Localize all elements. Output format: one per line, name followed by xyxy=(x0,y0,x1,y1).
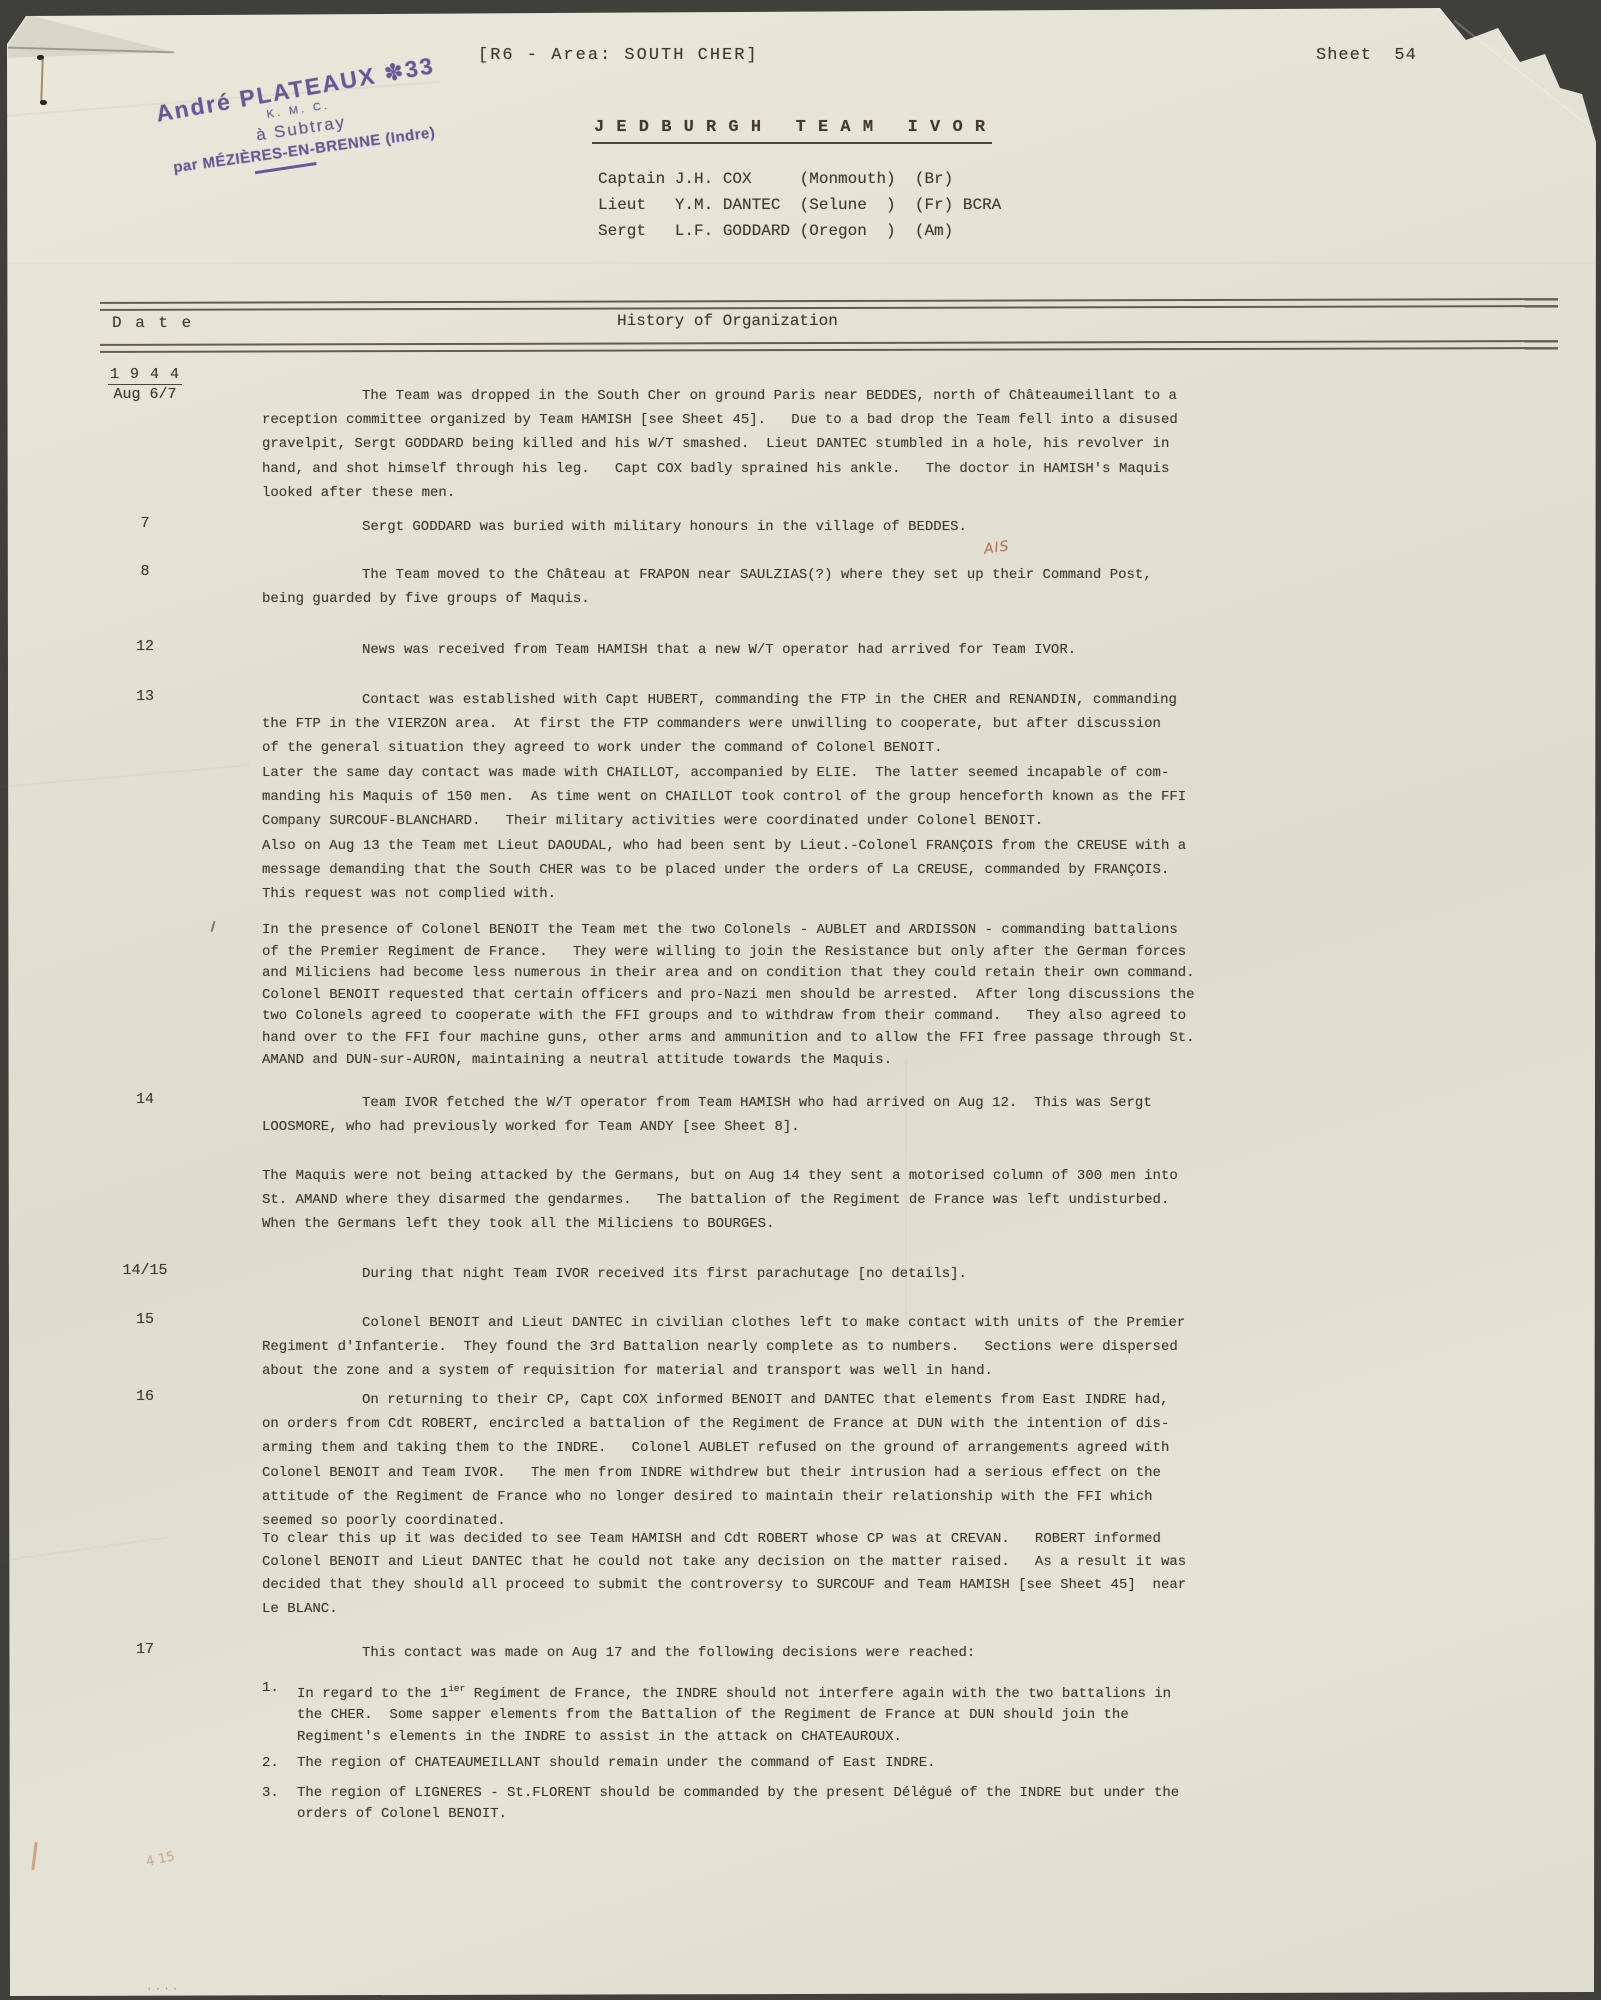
history-line: looked after these men. xyxy=(262,481,1217,505)
page-title: J E D B U R G H T E A M I V O R xyxy=(592,118,992,144)
table-rule-top xyxy=(100,298,1558,311)
history-paragraph: Team IVOR fetched the W/T operator from … xyxy=(262,1091,1217,1139)
history-line: The region of CHATEAUMEILLANT should rem… xyxy=(297,1753,1207,1774)
history-line: arming them and taking them to the INDRE… xyxy=(262,1436,1217,1460)
history-line: AMAND and DUN-sur-AURON, maintaining a n… xyxy=(262,1050,1217,1072)
list-text: The region of CHATEAUMEILLANT should rem… xyxy=(297,1753,1207,1774)
document-content: André PLATEAUX ✽33 K. M. C. à Subtray pa… xyxy=(0,0,1601,2000)
history-line: of the general situation they agreed to … xyxy=(262,736,1217,760)
history-line: orders of Colonel BENOIT. xyxy=(297,1804,1207,1825)
entry-date: 12 xyxy=(106,638,184,655)
entry-date: 8 xyxy=(106,563,184,580)
history-paragraph: Colonel BENOIT and Lieut DANTEC in civil… xyxy=(262,1311,1217,1384)
history-line: Sergt GODDARD was buried with military h… xyxy=(262,515,1217,539)
team-line: Sergt L.F. GODDARD (Oregon ) (Am) xyxy=(598,218,1001,244)
history-column-header: History of Organization xyxy=(617,312,838,330)
history-line: Le BLANC. xyxy=(262,1598,1217,1621)
date-column-header: D a t e xyxy=(112,314,193,332)
list-item: 2.The region of CHATEAUMEILLANT should r… xyxy=(262,1753,1207,1774)
history-line: The Team was dropped in the South Cher o… xyxy=(262,384,1217,408)
red-pencil-correction: AIS xyxy=(983,538,1011,557)
list-number: 3. xyxy=(262,1783,279,1804)
history-paragraph: Contact was established with Capt HUBERT… xyxy=(262,688,1217,761)
history-line: decided that they should all proceed to … xyxy=(262,1574,1217,1597)
area-tag: [R6 - Area: SOUTH CHER] xyxy=(478,46,759,65)
entry-year: 1 9 4 4 xyxy=(108,366,182,385)
history-line: On returning to their CP, Capt COX infor… xyxy=(262,1388,1217,1412)
history-line: message demanding that the South CHER wa… xyxy=(262,858,1217,882)
entry-date: 15 xyxy=(106,1311,184,1328)
history-line: St. AMAND where they disarmed the gendar… xyxy=(262,1188,1217,1212)
history-line: Colonel BENOIT and Lieut DANTEC that he … xyxy=(262,1551,1217,1574)
history-line: This contact was made on Aug 17 and the … xyxy=(262,1641,1217,1665)
history-line: During that night Team IVOR received its… xyxy=(262,1262,1217,1286)
history-line: Colonel BENOIT and Lieut DANTEC in civil… xyxy=(262,1311,1217,1335)
history-line: of the Premier Regiment de France. They … xyxy=(262,942,1217,964)
team-roster: Captain J.H. COX (Monmouth) (Br)Lieut Y.… xyxy=(598,166,1001,244)
history-paragraph: The Maquis were not being attacked by th… xyxy=(262,1164,1217,1237)
history-line: When the Germans left they took all the … xyxy=(262,1212,1217,1236)
history-paragraph: This contact was made on Aug 17 and the … xyxy=(262,1641,1217,1665)
team-line: Lieut Y.M. DANTEC (Selune ) (Fr) BCRA xyxy=(598,192,1001,218)
history-line: The region of LIGNERES - St.FLORENT shou… xyxy=(297,1783,1207,1804)
bottom-edge-specks: ···· xyxy=(146,1984,180,1996)
entry-date: 1 9 4 4Aug 6/7 xyxy=(106,366,184,403)
history-line: In the presence of Colonel BENOIT the Te… xyxy=(262,920,1217,942)
history-line: LOOSMORE, who had previously worked for … xyxy=(262,1115,1217,1139)
scanned-document-page: André PLATEAUX ✽33 K. M. C. à Subtray pa… xyxy=(0,0,1601,2000)
history-line: reception committee organized by Team HA… xyxy=(262,408,1217,432)
entry-date: 14 xyxy=(106,1091,184,1108)
margin-tick-mark xyxy=(211,921,216,932)
history-line: hand, and shot himself through his leg. … xyxy=(262,457,1217,481)
history-line: and Miliciens had become less numerous i… xyxy=(262,963,1217,985)
list-number: 2. xyxy=(262,1753,279,1774)
history-line: hand over to the FFI four machine guns, … xyxy=(262,1028,1217,1050)
history-line: Contact was established with Capt HUBERT… xyxy=(262,688,1217,712)
history-paragraph: The Team was dropped in the South Cher o… xyxy=(262,384,1217,505)
list-item: 1.In regard to the 1ier Regiment de Fran… xyxy=(262,1678,1207,1748)
history-line: Regiment's elements in the INDRE to assi… xyxy=(297,1727,1207,1748)
margin-scribble: 4 15 xyxy=(145,1849,176,1870)
history-line: Later the same day contact was made with… xyxy=(262,761,1217,785)
history-line: the CHER. Some sapper elements from the … xyxy=(297,1705,1207,1726)
history-line: being guarded by five groups of Maquis. xyxy=(262,587,1217,611)
history-line: on orders from Cdt ROBERT, encircled a b… xyxy=(262,1412,1217,1436)
history-paragraph: Also on Aug 13 the Team met Lieut DAOUDA… xyxy=(262,834,1217,907)
list-item: 3.The region of LIGNERES - St.FLORENT sh… xyxy=(262,1783,1207,1826)
history-paragraph: News was received from Team HAMISH that … xyxy=(262,638,1217,662)
sheet-number: Sheet 54 xyxy=(1316,46,1417,65)
list-number: 1. xyxy=(262,1678,279,1699)
history-line: This request was not complied with. xyxy=(262,882,1217,906)
entry-date: 7 xyxy=(106,515,184,532)
history-line: Colonel BENOIT requested that certain of… xyxy=(262,985,1217,1007)
history-line: Regiment d'Infanterie. They found the 3r… xyxy=(262,1335,1217,1359)
team-line: Captain J.H. COX (Monmouth) (Br) xyxy=(598,166,1001,192)
orange-edge-mark xyxy=(31,1842,37,1870)
history-line: two Colonels agreed to cooperate with th… xyxy=(262,1006,1217,1028)
entry-date: 14/15 xyxy=(106,1262,184,1279)
history-line: Company SURCOUF-BLANCHARD. Their militar… xyxy=(262,809,1217,833)
history-paragraph: During that night Team IVOR received its… xyxy=(262,1262,1217,1286)
history-line: manding his Maquis of 150 men. As time w… xyxy=(262,785,1217,809)
history-paragraph: In the presence of Colonel BENOIT the Te… xyxy=(262,920,1217,1071)
ownership-stamp: André PLATEAUX ✽33 K. M. C. à Subtray pa… xyxy=(115,50,484,193)
entry-date: 17 xyxy=(106,1641,184,1658)
history-paragraph: The Team moved to the Château at FRAPON … xyxy=(262,563,1217,611)
history-line: gravelpit, Sergt GODDARD being killed an… xyxy=(262,432,1217,456)
history-line: Team IVOR fetched the W/T operator from … xyxy=(262,1091,1217,1115)
history-line: News was received from Team HAMISH that … xyxy=(262,638,1217,662)
list-text: The region of LIGNERES - St.FLORENT shou… xyxy=(297,1783,1207,1826)
history-line: The Team moved to the Château at FRAPON … xyxy=(262,563,1217,587)
table-rule-bottom xyxy=(100,340,1558,353)
history-paragraph: Later the same day contact was made with… xyxy=(262,761,1217,834)
history-line: In regard to the 1ier Regiment de France… xyxy=(297,1678,1207,1705)
history-line: the FTP in the VIERZON area. At first th… xyxy=(262,712,1217,736)
history-line: Also on Aug 13 the Team met Lieut DAOUDA… xyxy=(262,834,1217,858)
entry-date: 13 xyxy=(106,688,184,705)
history-line: attitude of the Regiment de France who n… xyxy=(262,1485,1217,1509)
history-paragraph: To clear this up it was decided to see T… xyxy=(262,1528,1217,1621)
history-line: about the zone and a system of requisiti… xyxy=(262,1359,1217,1383)
history-line: Colonel BENOIT and Team IVOR. The men fr… xyxy=(262,1461,1217,1485)
history-line: The Maquis were not being attacked by th… xyxy=(262,1164,1217,1188)
list-text: In regard to the 1ier Regiment de France… xyxy=(297,1678,1207,1748)
history-paragraph: On returning to their CP, Capt COX infor… xyxy=(262,1388,1217,1533)
history-line: To clear this up it was decided to see T… xyxy=(262,1528,1217,1551)
history-paragraph: Sergt GODDARD was buried with military h… xyxy=(262,515,1217,539)
entry-date: 16 xyxy=(106,1388,184,1405)
